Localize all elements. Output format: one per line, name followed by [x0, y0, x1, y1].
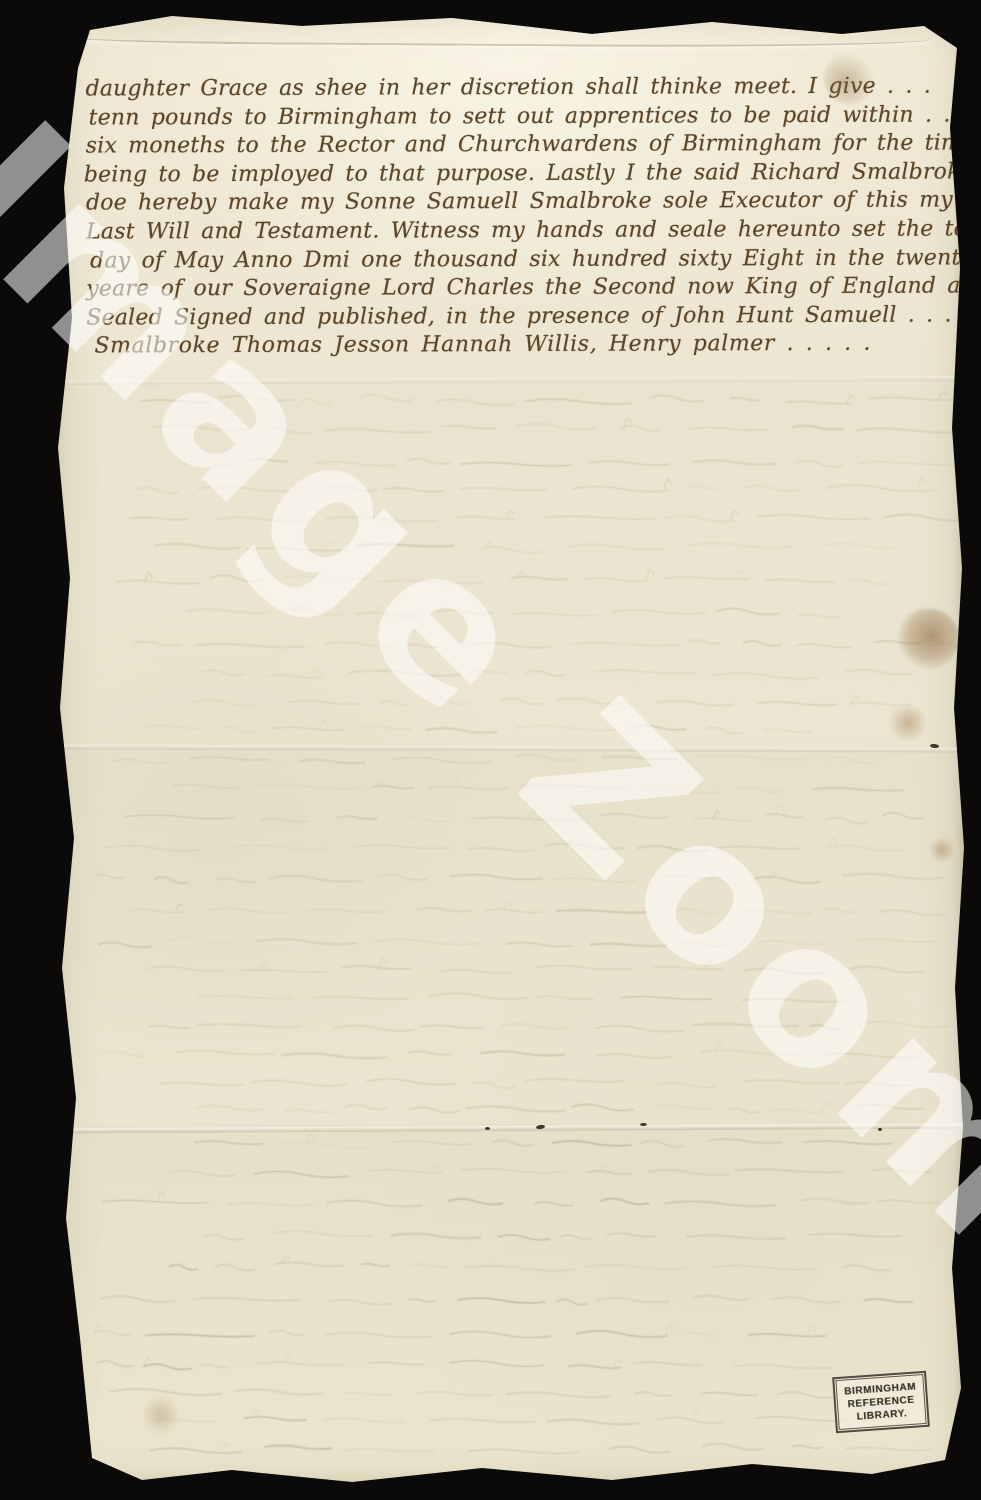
library-stamp-border: BIRMINGHAM REFERENCE LIBRARY. [835, 1374, 926, 1430]
library-stamp-line: LIBRARY. [856, 1407, 907, 1423]
ink-speck [485, 1127, 490, 1130]
library-stamp: BIRMINGHAM REFERENCE LIBRARY. [832, 1371, 930, 1433]
scan-background: daughter Grace as shee in her discretion… [0, 0, 981, 1500]
ink-speck [878, 1128, 882, 1131]
ink-speck [640, 1123, 647, 1126]
manuscript-page: daughter Grace as shee in her discretion… [52, 8, 967, 1492]
